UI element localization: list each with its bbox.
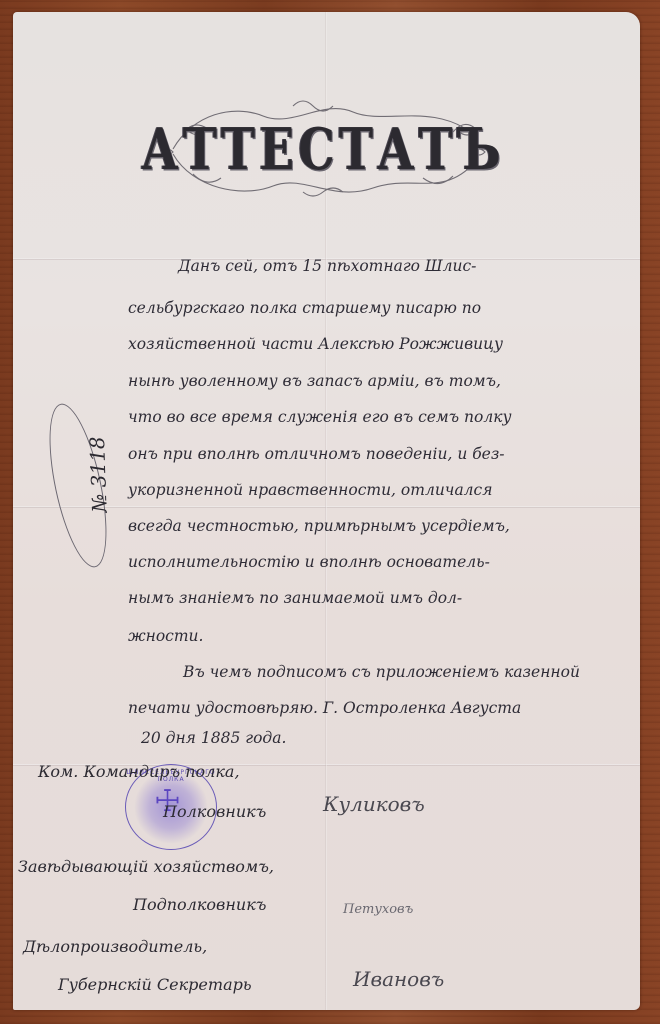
signatory-2-role: Завѣдывающій хозяйствомъ, — [18, 857, 274, 876]
body-line-7: укоризненной нравственности, отличался — [128, 481, 493, 499]
registry-number: № 3118 — [85, 436, 112, 513]
body-line-9: исполнительностію и вполнѣ основатель- — [128, 553, 490, 571]
signatory-1-signature: Куликовъ — [323, 792, 425, 816]
signatory-2-signature: Петуховъ — [343, 902, 413, 917]
signatory-1-role: Ком. Командиръ полка, — [38, 762, 240, 781]
body-line-5: что во все время служенія его въ семъ по… — [128, 408, 511, 426]
signatory-2-rank: Подполковникъ — [133, 895, 266, 914]
body-line-11: жности. — [128, 627, 203, 645]
body-line-2: сельбургскаго полка старшему писарю по — [128, 299, 481, 317]
signatory-3-rank: Губернскій Секретарь — [58, 975, 252, 994]
signatory-3-role: Дѣлопроизводитель, — [23, 937, 207, 956]
body-line-12: Въ чемъ подписомъ съ приложеніемъ казенн… — [183, 663, 580, 681]
signatory-1-rank: Полковникъ — [163, 802, 266, 821]
document-title: АТТЕСТАТЪ — [141, 115, 505, 183]
body-line-8: всегда честностью, примѣрнымъ усердіемъ, — [128, 517, 510, 535]
body-line-13: печати удостовѣряю. Г. Остроленка Август… — [128, 699, 521, 717]
body-line-14-date: 20 дня 1885 года. — [141, 729, 286, 747]
body-line-4: нынѣ уволенному въ запасъ арміи, въ томъ… — [128, 372, 501, 390]
body-line-6: онъ при вполнѣ отличномъ поведеніи, и бе… — [128, 445, 505, 463]
body-line-10: нымъ знаніемъ по занимаемой имъ дол- — [128, 589, 462, 607]
body-line-1: Данъ сей, отъ 15 пѣхотнаго Шлис- — [178, 257, 476, 275]
signatory-3-signature: Ивановъ — [353, 967, 444, 991]
registry-number-oval: № 3118 — [38, 399, 118, 572]
certificate-paper: АТТЕСТАТЪ № 3118 Данъ сей, отъ 15 пѣхотн… — [13, 12, 640, 1010]
title-block: АТТЕСТАТЪ — [153, 94, 493, 204]
body-line-3: хозяйственной части Алексѣю Рожживицу — [128, 335, 503, 353]
